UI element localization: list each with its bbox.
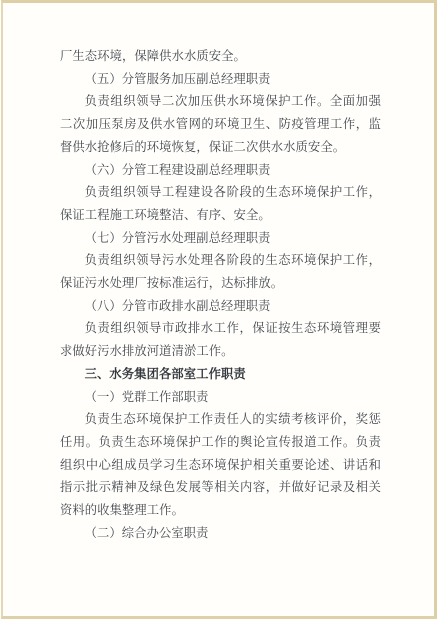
paragraph: 负责组织领导二次加压供水环境保护工作。全面加强二次加压泵房及供水管网的环境卫生、… xyxy=(60,90,381,158)
paragraph: 负责组织领导污水处理各阶段的生态环境保护工作，保证污水处理厂按标准运行，达标排放… xyxy=(60,249,381,294)
paragraph: （六）分管工程建设副总经理职责 xyxy=(60,159,381,182)
paragraph: （五）分管服务加压副总经理职责 xyxy=(60,68,381,91)
paragraph: 负责生态环境保护工作责任人的实绩考核评价，奖惩任用。负责生态环境保护工作的舆论宣… xyxy=(60,408,381,522)
section-heading: 三、水务集团各部室工作职责 xyxy=(60,363,381,386)
document-page: 厂生态环境，保障供水水质安全。 （五）分管服务加压副总经理职责 负责组织领导二次… xyxy=(0,0,438,620)
paragraph: （七）分管污水处理副总经理职责 xyxy=(60,227,381,250)
paragraph: （八）分管市政排水副总经理职责 xyxy=(60,295,381,318)
paragraph: 负责组织领导市政排水工作，保证按生态环境管理要求做好污水排放河道清淤工作。 xyxy=(60,317,381,362)
paragraph: （一）党群工作部职责 xyxy=(60,386,381,409)
document-body: 厂生态环境，保障供水水质安全。 （五）分管服务加压副总经理职责 负责组织领导二次… xyxy=(60,45,381,544)
paragraph: 负责组织领导工程建设各阶段的生态环境保护工作，保证工程施工环境整洁、有序、安全。 xyxy=(60,181,381,226)
paragraph: （二）综合办公室职责 xyxy=(60,522,381,545)
paragraph: 厂生态环境，保障供水水质安全。 xyxy=(60,45,381,68)
